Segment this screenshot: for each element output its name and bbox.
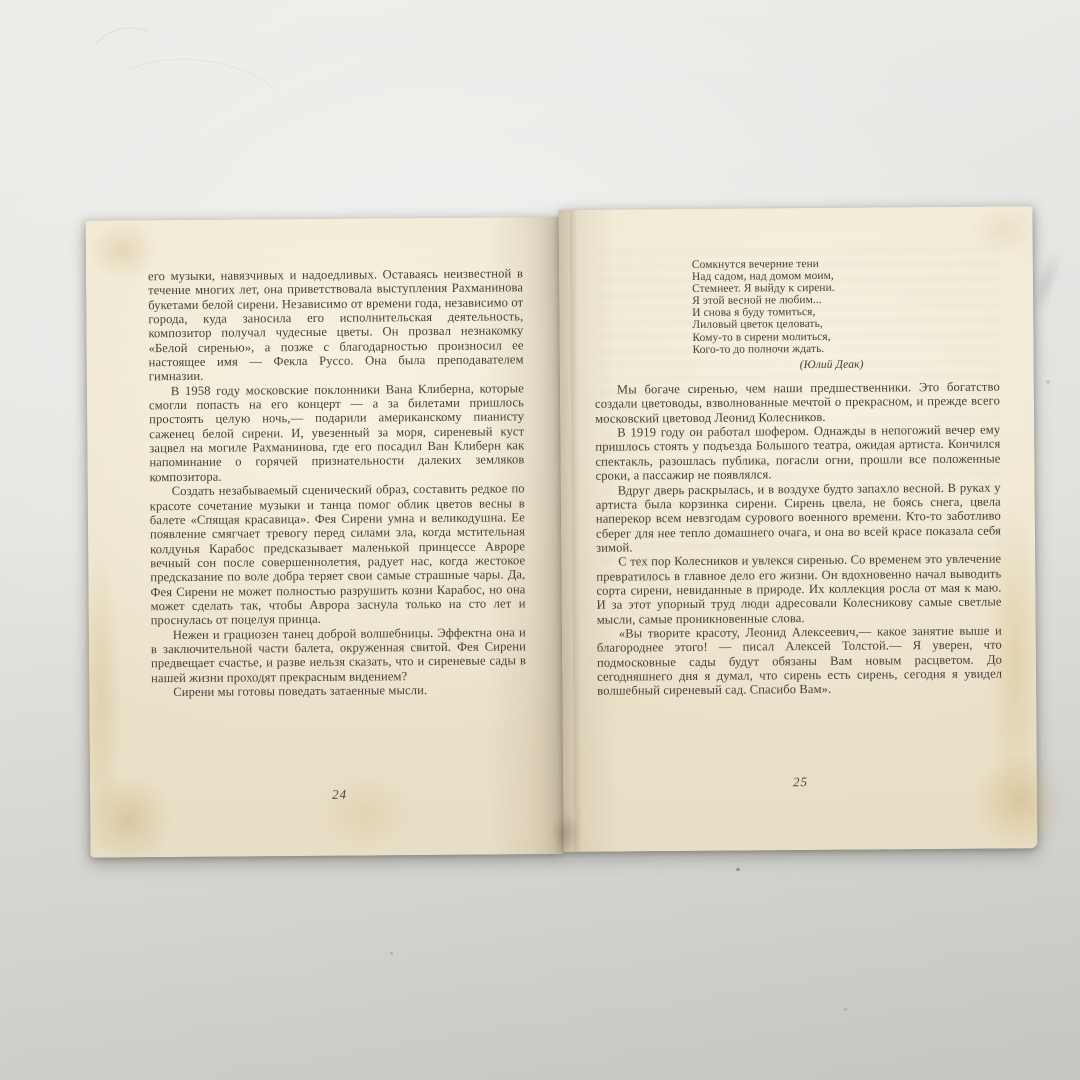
paragraph: Мы богаче сиренью, чем наши предшественн… xyxy=(595,380,1000,426)
open-book: его музыки, навязчивых и надоедливых. Ос… xyxy=(85,201,1037,864)
page-number-right: 25 xyxy=(598,773,1003,792)
book-page-right: Сомкнутся вечерние тени Над садом, над д… xyxy=(558,206,1037,852)
paragraph: Создать незабываемый сценический образ, … xyxy=(150,481,526,627)
paragraph: Сирени мы готовы поведать затаенные мысл… xyxy=(151,682,526,699)
book-page-left: его музыки, навязчивых и надоедливых. Ос… xyxy=(86,217,564,858)
book-photograph: его музыки, навязчивых и надоедливых. Ос… xyxy=(0,0,1080,1080)
paragraph: «Вы творите красоту, Леонид Алексеевич,—… xyxy=(597,623,1003,698)
dust-speck xyxy=(844,1008,847,1011)
paragraph: Нежен и грациозен танец доброй волшебниц… xyxy=(151,625,526,685)
paragraph: В 1919 году он работал шофером. Однажды … xyxy=(595,423,1000,484)
paragraph: его музыки, навязчивых и надоедливых. Ос… xyxy=(148,266,524,384)
dust-speck xyxy=(736,868,740,871)
dust-speck xyxy=(390,952,393,955)
right-page-text: Сомкнутся вечерние тени Над садом, над д… xyxy=(594,257,1002,699)
paragraph: В 1958 году московские поклонники Вана К… xyxy=(149,381,525,484)
paper-stain xyxy=(958,194,1049,265)
paper-stain xyxy=(955,736,1080,867)
paper-stain xyxy=(300,763,431,864)
poem-verse: Сомкнутся вечерние тени Над садом, над д… xyxy=(692,257,1000,356)
paper-stain xyxy=(68,760,189,881)
left-page-text: его музыки, навязчивых и надоедливых. Ос… xyxy=(148,266,526,699)
paragraph: Вдруг дверь раскрылась, и в воздухе будт… xyxy=(596,480,1002,555)
dust-speck xyxy=(1046,380,1050,384)
page-number-left: 24 xyxy=(152,785,527,804)
spine-crease xyxy=(569,210,584,852)
paragraph: С тех пор Колесников и увлекся сиренью. … xyxy=(596,552,1002,627)
paper-stain xyxy=(74,510,129,880)
poem-attribution: (Юлий Деак) xyxy=(800,356,1000,372)
